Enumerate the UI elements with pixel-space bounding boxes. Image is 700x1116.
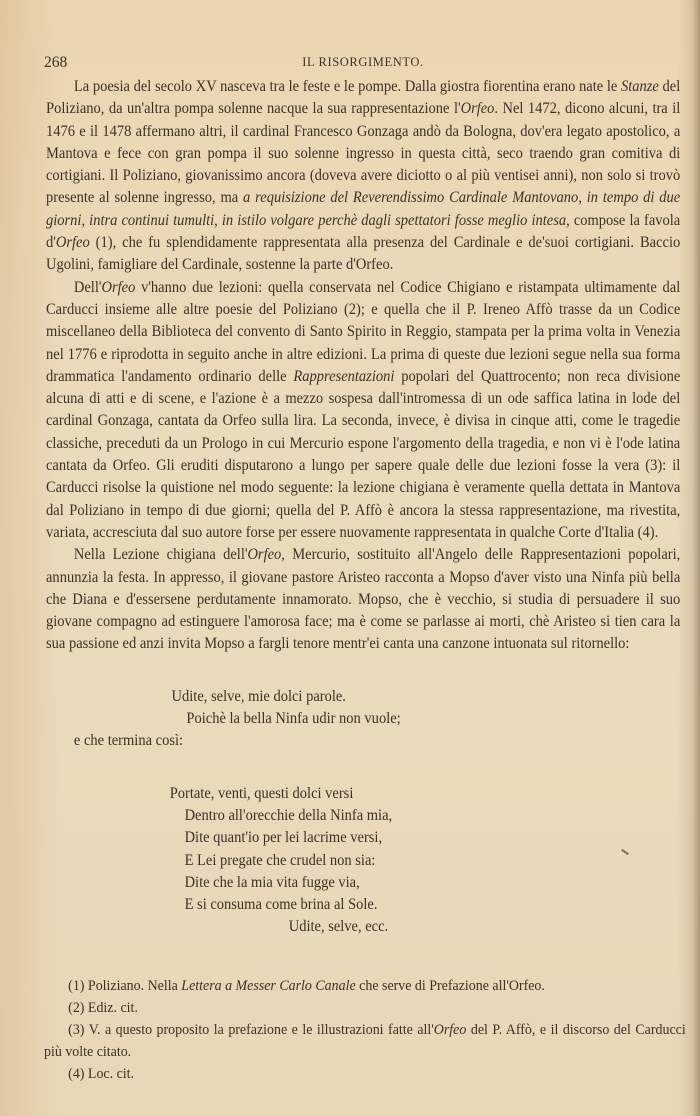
page-header: 268 IL RISORGIMENTO. — [44, 54, 682, 74]
verse-line: E Lei pregate che crudel non sia: — [170, 850, 681, 872]
book-page: 268 IL RISORGIMENTO. La poesia del secol… — [0, 0, 700, 1116]
footnote: (2) Ediz. cit. — [44, 997, 686, 1019]
italic-text: Stanze — [621, 78, 659, 95]
italic-text: Rappresentazioni — [293, 368, 394, 385]
verse-line: Dite che la mia vita fugge via, — [170, 872, 681, 894]
italic-text: Orfeo — [434, 1022, 467, 1038]
verse-line: E si consuma come brina al Sole. — [170, 894, 681, 916]
italic-text: Lettera a Messer Carlo Canale — [181, 978, 355, 994]
italic-text: Orfeo — [461, 100, 495, 117]
verse-line: Poichè la bella Ninfa udir non vuole; — [172, 708, 681, 730]
paragraph: Nella Lezione chigiana dell'Orfeo, Mercu… — [46, 544, 680, 655]
body-text: La poesia del secolo XV nasceva tra le f… — [46, 76, 680, 939]
verse-line: Portate, venti, questi dolci versi — [170, 783, 681, 805]
footnote: (3) V. a questo proposito la prefazione … — [44, 1019, 686, 1063]
italic-text: Orfeo — [56, 234, 90, 251]
italic-text: a requisizione del Reverendissimo Cardin… — [46, 189, 680, 228]
italic-text: Orfeo — [247, 546, 281, 563]
verse-block: Udite, selve, mie dolci parole. Poichè l… — [172, 686, 681, 731]
verse-block: Portate, venti, questi dolci versi Dentr… — [170, 783, 681, 939]
verse-line: Dite quant'io per lei lacrime versi, — [170, 827, 681, 849]
footnotes: (1) Poliziano. Nella Lettera a Messer Ca… — [44, 975, 686, 1085]
verse-line: Udite, selve, mie dolci parole. — [172, 686, 681, 708]
italic-text: Orfeo — [101, 279, 135, 296]
verse-lead-in: e che termina così: — [46, 730, 680, 752]
paragraph: Dell'Orfeo v'hanno due lezioni: quella c… — [46, 277, 680, 545]
footnote: (4) Loc. cit. — [44, 1063, 686, 1085]
verse-line: Dentro all'orecchie della Ninfa mia, — [170, 805, 681, 827]
running-title: IL RISORGIMENTO. — [44, 55, 682, 70]
footnote: (1) Poliziano. Nella Lettera a Messer Ca… — [44, 975, 686, 997]
paragraph: La poesia del secolo XV nasceva tra le f… — [46, 76, 680, 277]
verse-refrain: Udite, selve, ecc. — [170, 916, 681, 938]
